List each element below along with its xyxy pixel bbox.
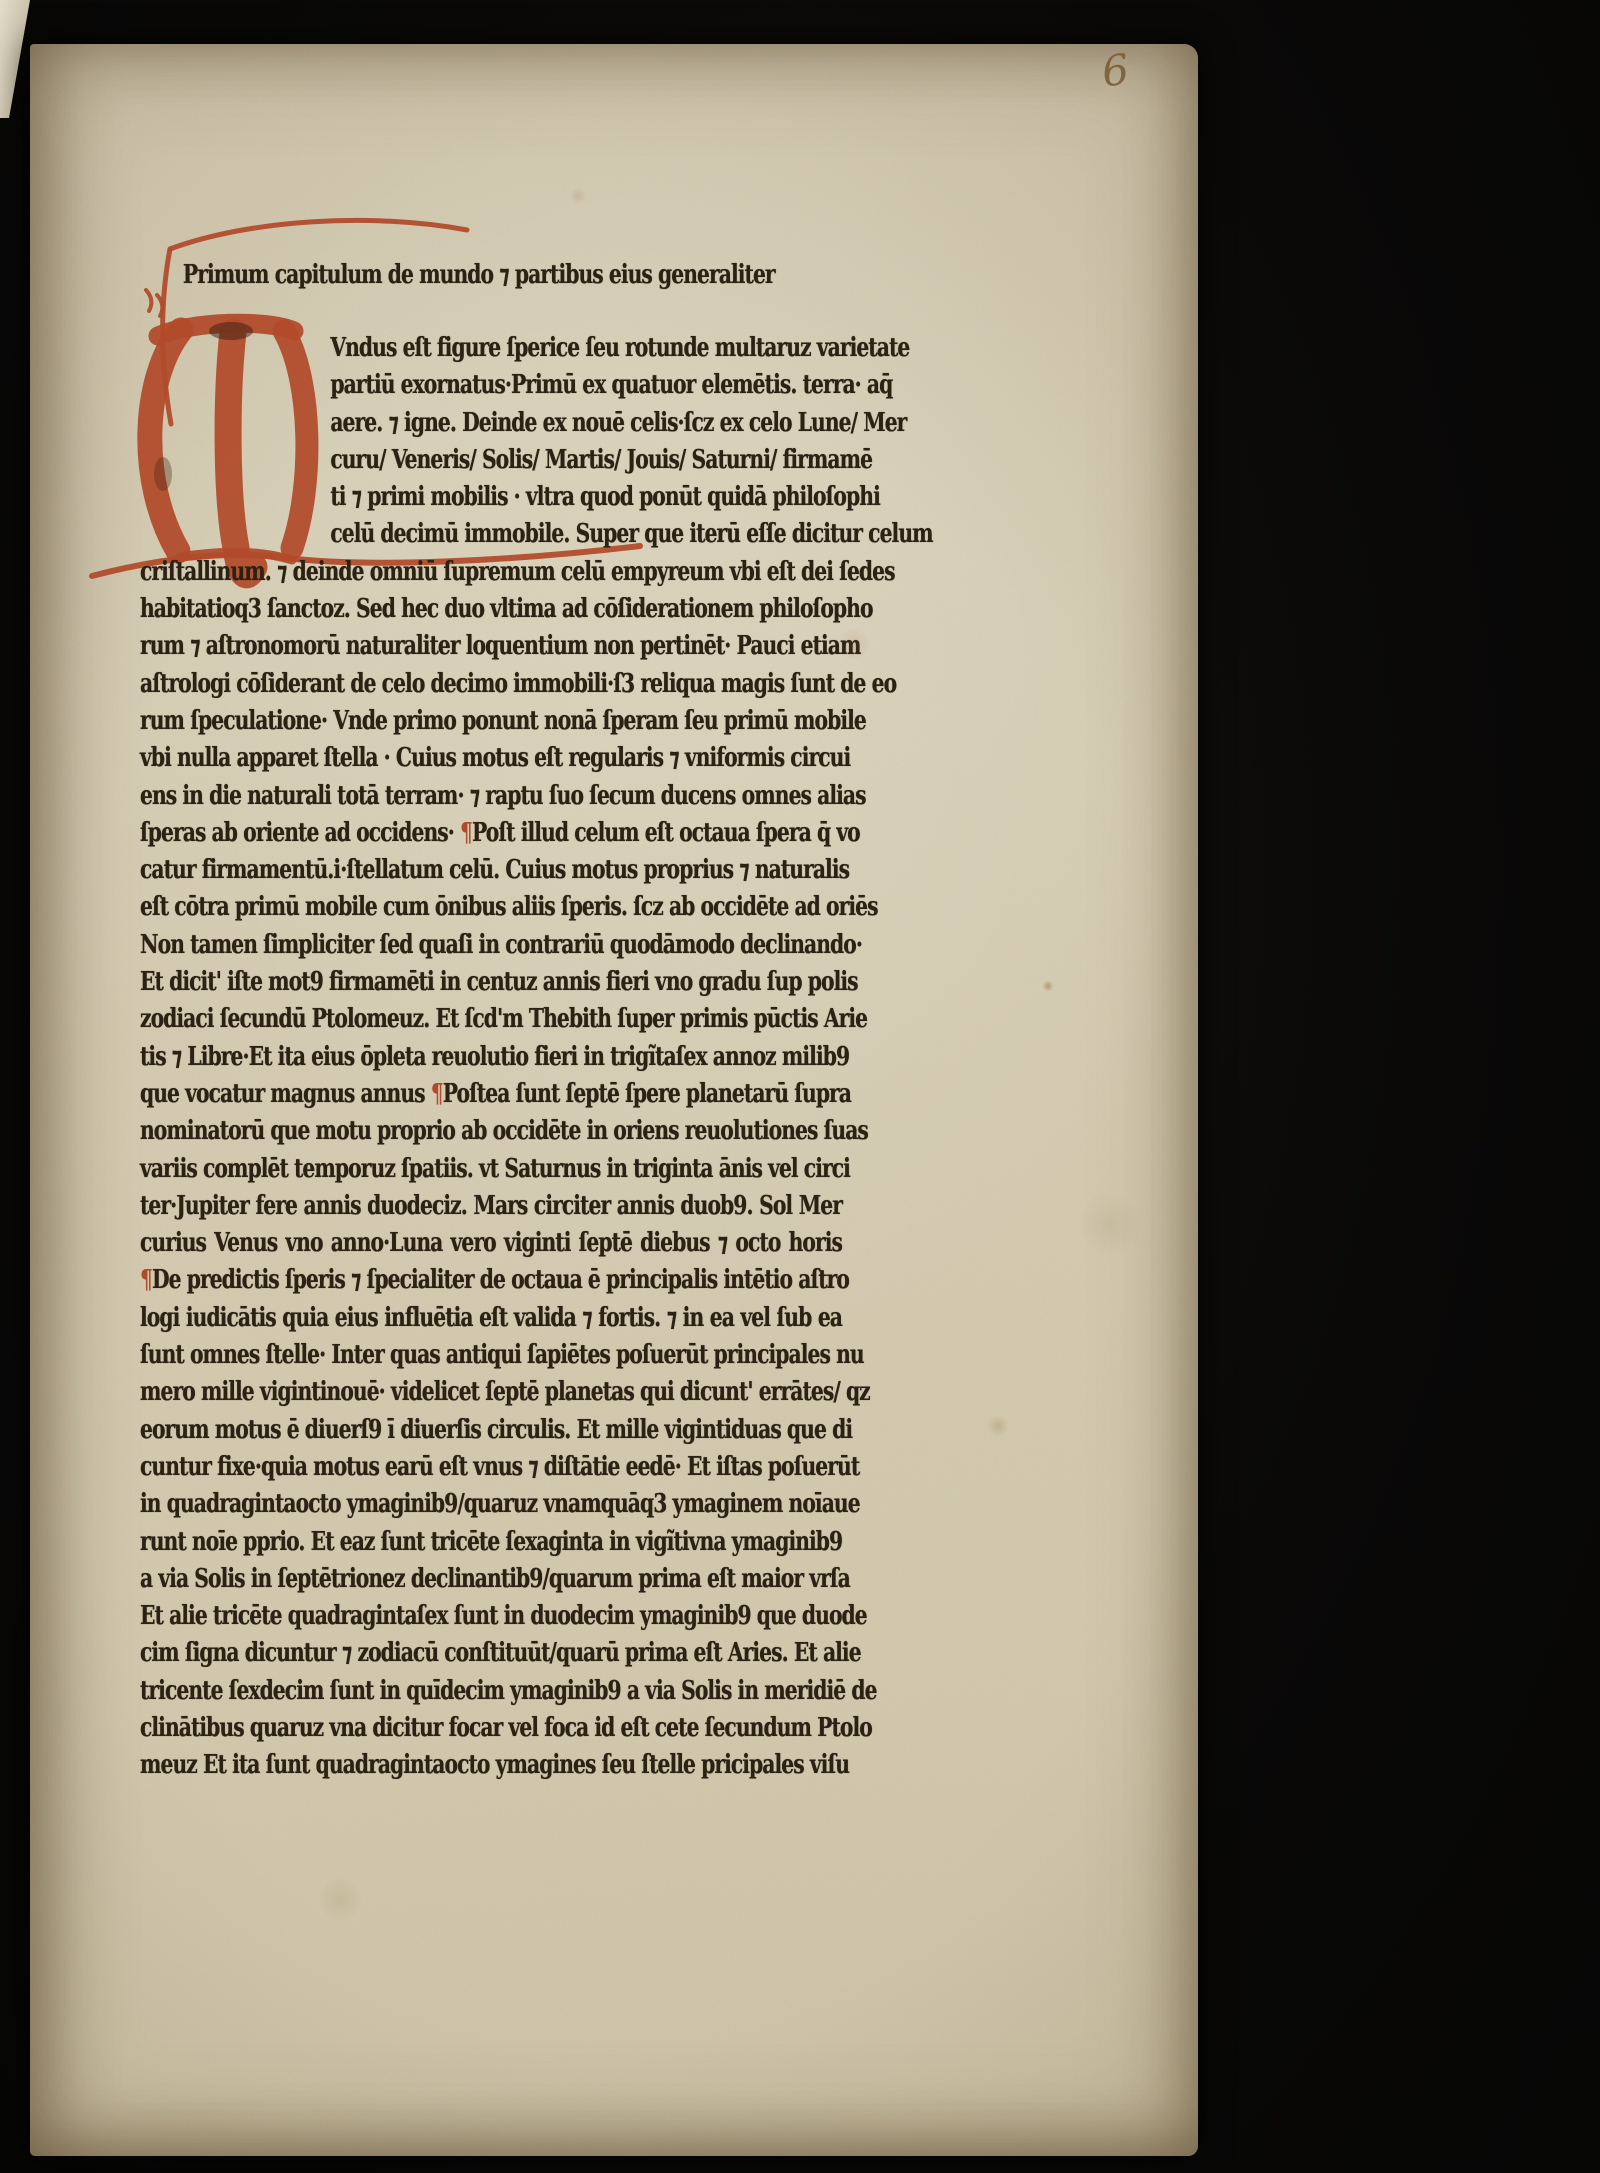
text-line: que vocatur magnus annus ¶Poſtea ſunt ſe…	[140, 1076, 842, 1113]
body-lines: Vndus eſt figure ſperice ſeu rotunde mul…	[140, 330, 842, 1785]
photo-background: 6 Primum capitulum de mundo	[0, 0, 1600, 2173]
text-line: rum ⁊ aſtronomorū naturaliter loquentium…	[140, 628, 842, 665]
adjacent-page-edge	[0, 0, 30, 118]
text-line: rum ſpeculatione· Vnde primo ponunt nonā…	[140, 703, 842, 740]
rubric-bracket-flourish	[170, 220, 467, 249]
text-line: ti ⁊ primi mobilis · vltra quod ponūt qu…	[140, 479, 842, 516]
text-line: habitatioq3 ſanctoz. Sed hec duo vltima …	[140, 591, 842, 628]
text-line: tricente ſexdecim ſunt in quīdecim ymagi…	[140, 1673, 842, 1710]
folio-number: 6	[1099, 45, 1132, 97]
text-line: eorum motus ē diuerſ9 ī diuerſis circuli…	[140, 1412, 842, 1449]
text-line: curius Venus vno anno·Luna vero viginti …	[140, 1225, 842, 1262]
text-line: zodiaci ſecundū Ptolomeuz. Et ſcd'm Theb…	[140, 1001, 842, 1038]
text-line: meuz Et ita ſunt quadragintaocto ymagine…	[140, 1747, 842, 1784]
text-line: Vndus eſt figure ſperice ſeu rotunde mul…	[140, 330, 842, 367]
text-line: cuntur fixe·quia motus earū eſt vnus ⁊ d…	[140, 1449, 842, 1486]
text-line: runt noīe pprio. Et eaz ſunt tricēte ſex…	[140, 1524, 842, 1561]
text-line: nominatorū que motu proprio ab occidēte …	[140, 1113, 842, 1150]
text-line: ter·Jupiter fere annis duodeciz. Mars ci…	[140, 1188, 842, 1225]
text-line: Et dicit' iſte mot9 firmamēti in centuz …	[140, 964, 842, 1001]
text-line: partiū exornatus·Primū ex quatuor elemēt…	[140, 367, 842, 404]
text-line: ſperas ab oriente ad occidens· ¶Poſt ill…	[140, 815, 842, 852]
text-line: Non tamen ſimpliciter ſed quaſi in contr…	[140, 927, 842, 964]
text-line: ¶De predictis ſperis ⁊ ſpecialiter de oc…	[140, 1262, 842, 1299]
text-line: eſt cōtra primū mobile cum ōnibus aliis …	[140, 889, 842, 926]
text-line: curu/ Veneris/ Solis/ Martis/ Jouis/ Sat…	[140, 442, 842, 479]
text-line: vbi nulla apparet ſtella · Cuius motus e…	[140, 740, 842, 777]
text-line: aſtrologi cōſiderant de celo decimo immo…	[140, 666, 842, 703]
chapter-title: Primum capitulum de mundo ⁊ partibus eiu…	[140, 258, 842, 292]
text-line: criſtallinum. ⁊ deinde omniū ſupremum ce…	[140, 554, 842, 591]
pilcrow-icon: ¶	[460, 818, 472, 848]
manuscript-page: 6 Primum capitulum de mundo	[30, 44, 1198, 2156]
text-line: mero mille vigintinouē· videlicet ſeptē …	[140, 1374, 842, 1411]
text-line: Et alie tricēte quadragintaſex ſunt in d…	[140, 1598, 842, 1635]
text-line: ſunt omnes ſtelle· Inter quas antiqui ſa…	[140, 1337, 842, 1374]
text-line: ens in die naturali totā terram· ⁊ raptu…	[140, 778, 842, 815]
text-line: catur firmamentū.i·ſtellatum celū. Cuius…	[140, 852, 842, 889]
chapter-title-text: Primum capitulum de mundo ⁊ partibus eiu…	[183, 260, 775, 290]
text-line: celū decimū immobile. Super que iterū eſ…	[140, 516, 842, 553]
text-line: logi iudicātis quia eius influētia eſt v…	[140, 1300, 842, 1337]
text-line: in quadragintaocto ymaginib9/quaruz vnam…	[140, 1486, 842, 1523]
pilcrow-icon: ¶	[140, 1265, 152, 1295]
text-line: tis ⁊ Libre·Et ita eius ōpleta reuolutio…	[140, 1039, 842, 1076]
text-line: variis complēt temporuz ſpatiis. vt Satu…	[140, 1151, 842, 1188]
text-line: cim ſigna dicuntur ⁊ zodiacū conſtituūt/…	[140, 1635, 842, 1672]
text-line: clinātibus quaruz vna dicitur focar vel …	[140, 1710, 842, 1747]
text-line: aere. ⁊ igne. Deinde ex nouē celis·ſcz e…	[140, 405, 842, 442]
text-block: Primum capitulum de mundo ⁊ partibus eiu…	[140, 258, 842, 1785]
pilcrow-icon: ¶	[431, 1079, 443, 1109]
text-line: a via Solis in ſeptētrionez declinantib9…	[140, 1561, 842, 1598]
